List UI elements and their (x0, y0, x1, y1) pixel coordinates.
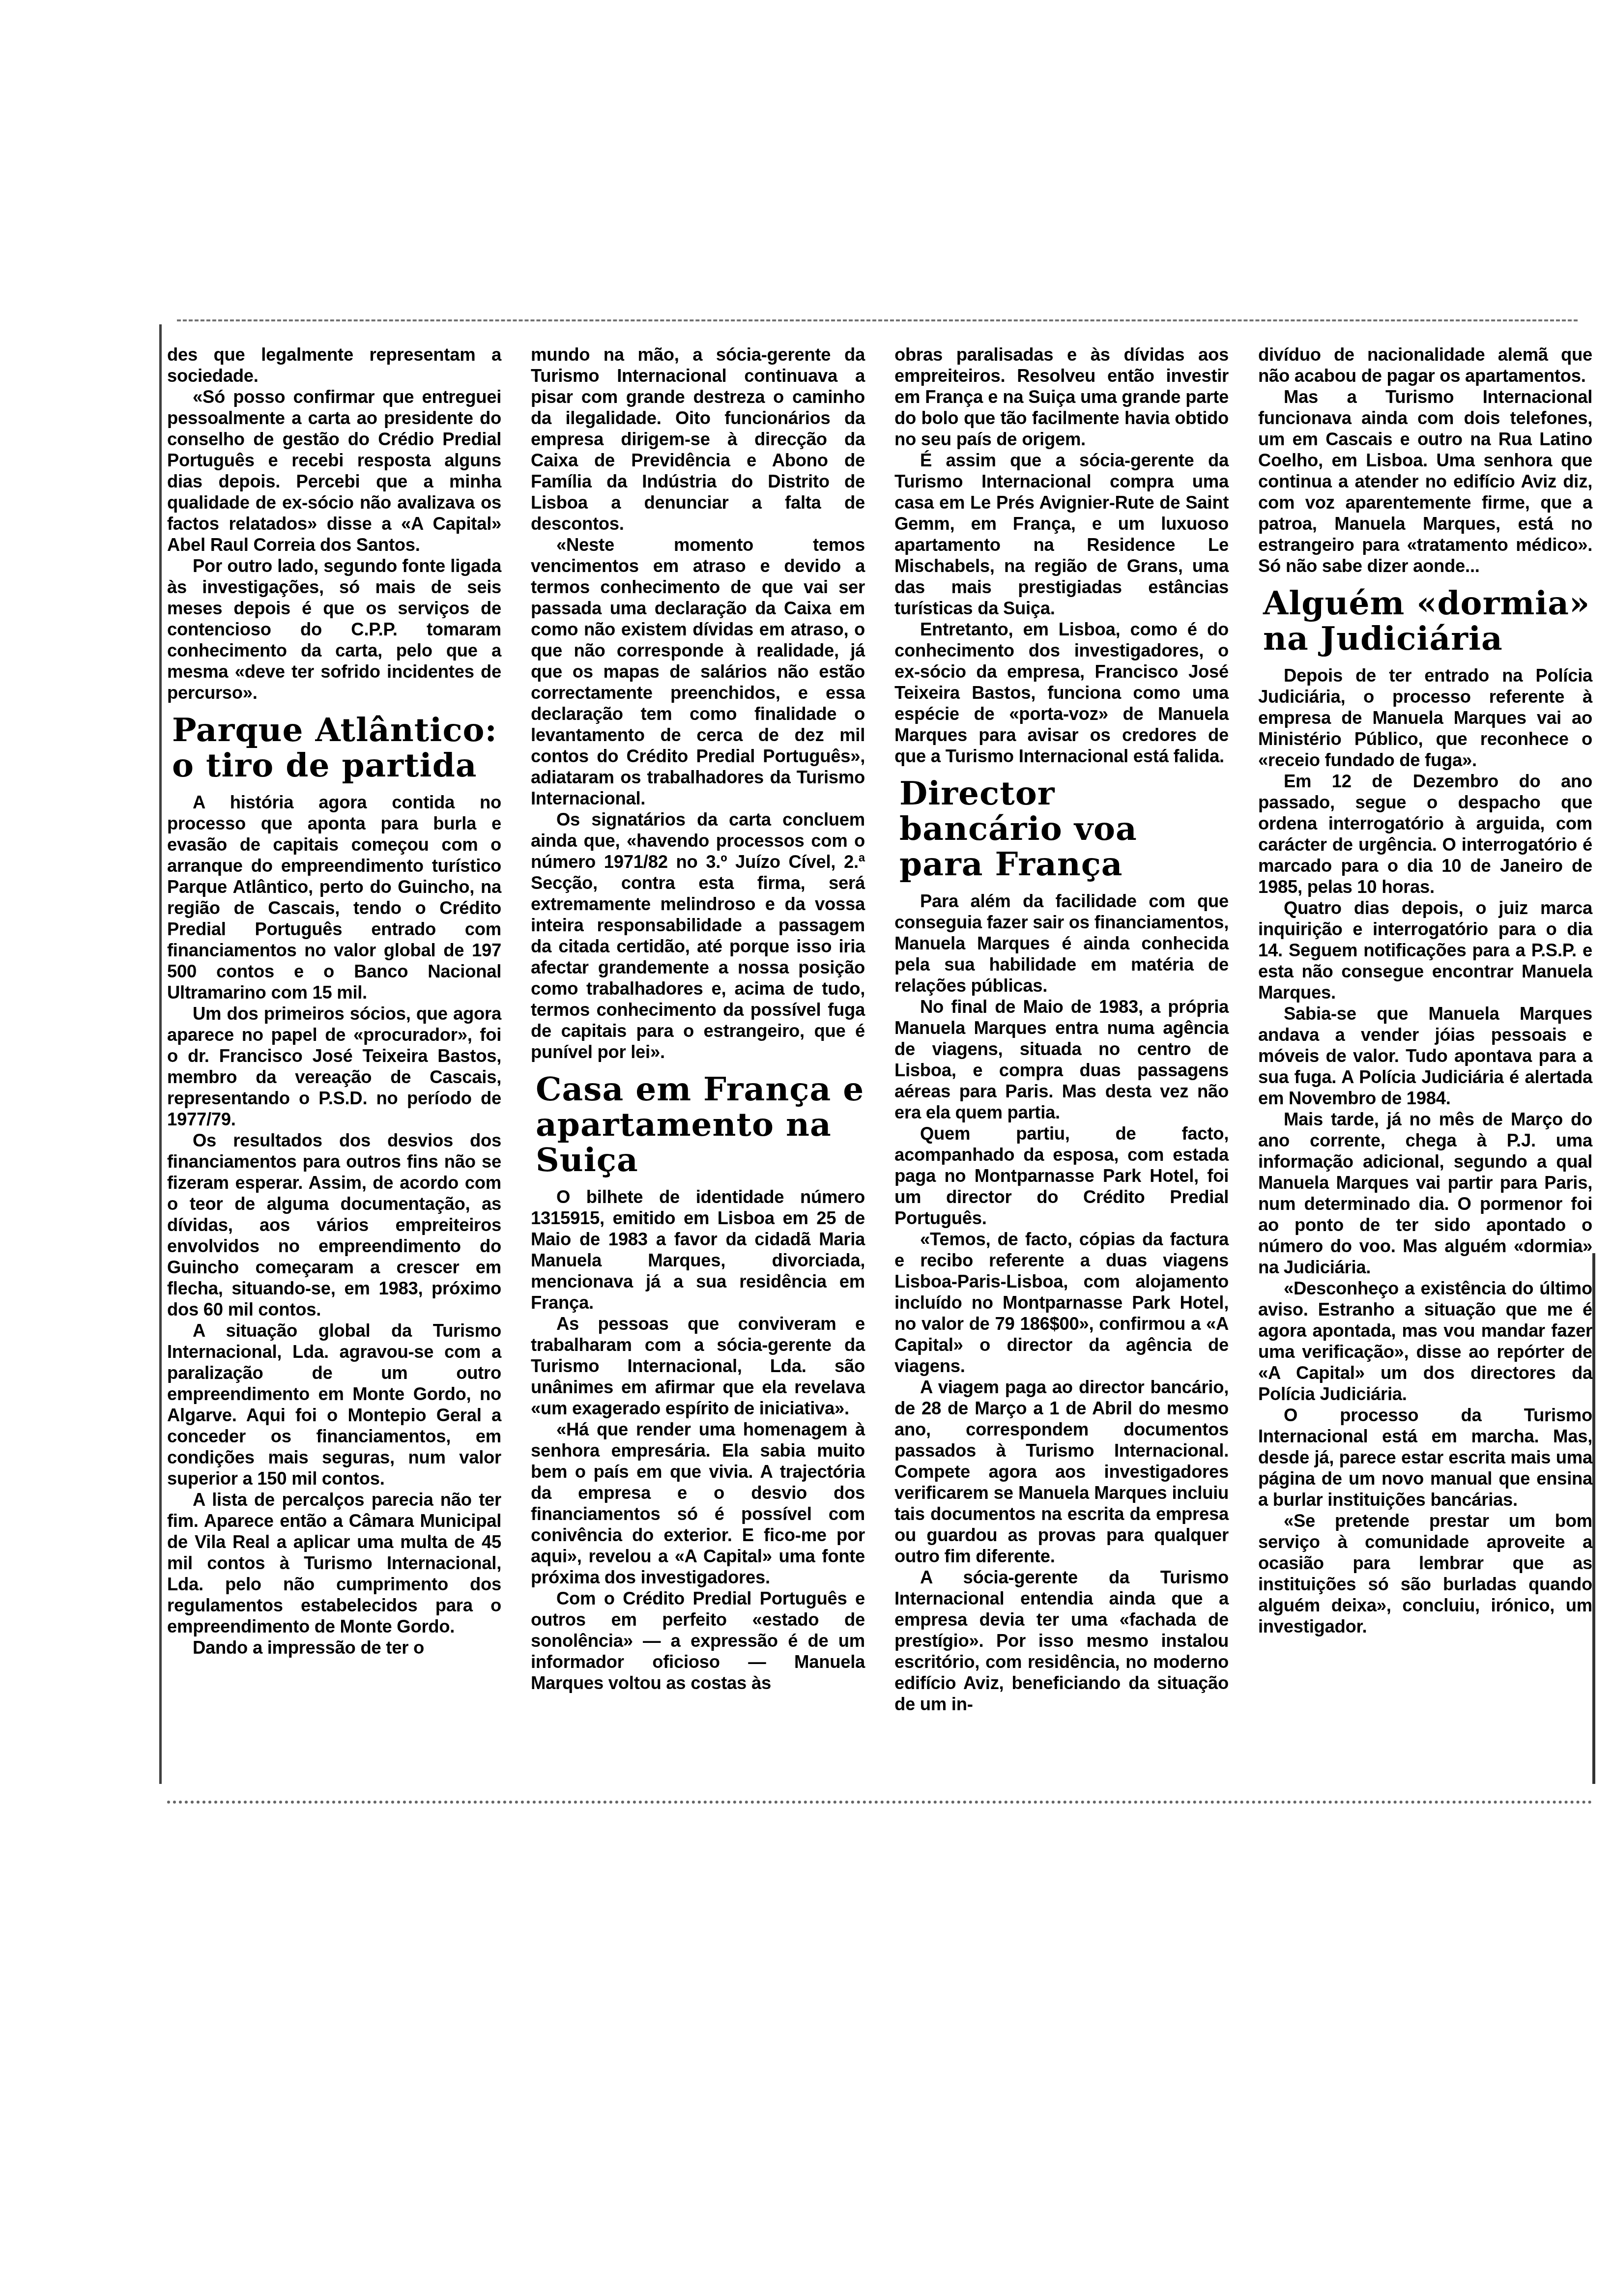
article-paragraph: A viagem paga ao director bancário, de 2… (894, 1377, 1229, 1567)
article-paragraph: No final de Maio de 1983, a própria Manu… (894, 996, 1229, 1123)
article-paragraph: Depois de ter entrado na Polícia Judiciá… (1258, 665, 1592, 771)
right-scan-edge (1592, 1253, 1595, 1784)
column-2: mundo na mão, a sócia-gerente da Turismo… (531, 344, 865, 1799)
section-headline: Parque Atlântico: o tiro de partida (172, 712, 501, 783)
section-headline: Casa em França e apartamento na Suiça (536, 1071, 865, 1177)
article-paragraph: A sócia-gerente da Turismo Internacional… (894, 1567, 1229, 1715)
section-headline: Director bancário voa para França (899, 775, 1229, 882)
article-paragraph: O processo da Turismo Internacional está… (1258, 1405, 1592, 1510)
article-paragraph: obras paralisadas e às dívidas aos empre… (894, 344, 1229, 450)
article-paragraph: Mais tarde, já no mês de Março do ano co… (1258, 1109, 1592, 1278)
article-paragraph: O bilhete de identidade número 1315915, … (531, 1186, 865, 1313)
article-paragraph: «Há que render uma homenagem à senhora e… (531, 1419, 865, 1588)
article-paragraph: «Temos, de facto, cópias da factura e re… (894, 1229, 1229, 1377)
article-paragraph: É assim que a sócia-gerente da Turismo I… (894, 450, 1229, 619)
article-paragraph: A lista de percalços parecia não ter fim… (167, 1489, 501, 1637)
article-paragraph: Os resultados dos desvios dos financiame… (167, 1130, 501, 1320)
column-1: des que legalmente representam a socieda… (167, 344, 501, 1799)
article-paragraph: Em 12 de Dezembro do ano passado, segue … (1258, 771, 1592, 897)
article-paragraph: Dando a impressão de ter o (167, 1637, 501, 1658)
article-paragraph: Quatro dias depois, o juiz marca inquiri… (1258, 897, 1592, 1003)
column-4: divíduo de nacionalidade alemã que não a… (1258, 344, 1592, 1799)
article-paragraph: Mas a Turismo Internacional funcionava a… (1258, 386, 1592, 576)
article-paragraph: «Neste momento temos vencimentos em atra… (531, 534, 865, 809)
section-headline: Alguém «dormia» na Judiciária (1263, 585, 1592, 656)
article-paragraph: «Só posso confirmar que entreguei pessoa… (167, 386, 501, 555)
article-paragraph: Para além da facilidade com que consegui… (894, 890, 1229, 996)
article-paragraph: Com o Crédito Predial Português e outros… (531, 1588, 865, 1693)
article-paragraph: A situação global da Turismo Internacion… (167, 1320, 501, 1489)
top-cut-edge (177, 319, 1578, 324)
article-paragraph: «Se pretende prestar um bom serviço à co… (1258, 1510, 1592, 1637)
article-paragraph: divíduo de nacionalidade alemã que não a… (1258, 344, 1592, 386)
article-paragraph: «Desconheço a existência do último aviso… (1258, 1278, 1592, 1405)
article-paragraph: Entretanto, em Lisboa, como é do conheci… (894, 619, 1229, 767)
bottom-cut-edge (167, 1797, 1592, 1804)
article-paragraph: Os signatários da carta concluem ainda q… (531, 809, 865, 1062)
newspaper-clipping: des que legalmente representam a socieda… (167, 319, 1592, 1804)
column-3: obras paralisadas e às dívidas aos empre… (894, 344, 1229, 1799)
article-paragraph: Por outro lado, segundo fonte ligada às … (167, 555, 501, 703)
article-paragraph: mundo na mão, a sócia-gerente da Turismo… (531, 344, 865, 534)
article-paragraph: Sabia-se que Manuela Marques andava a ve… (1258, 1003, 1592, 1109)
article-columns: des que legalmente representam a socieda… (167, 344, 1592, 1799)
article-paragraph: des que legalmente representam a socieda… (167, 344, 501, 386)
left-scan-edge (159, 324, 162, 1784)
article-paragraph: Quem partiu, de facto, acompanhado da es… (894, 1123, 1229, 1229)
article-paragraph: A história agora contida no processo que… (167, 792, 501, 1003)
article-paragraph: As pessoas que conviveram e trabalharam … (531, 1313, 865, 1419)
article-paragraph: Um dos primeiros sócios, que agora apare… (167, 1003, 501, 1130)
